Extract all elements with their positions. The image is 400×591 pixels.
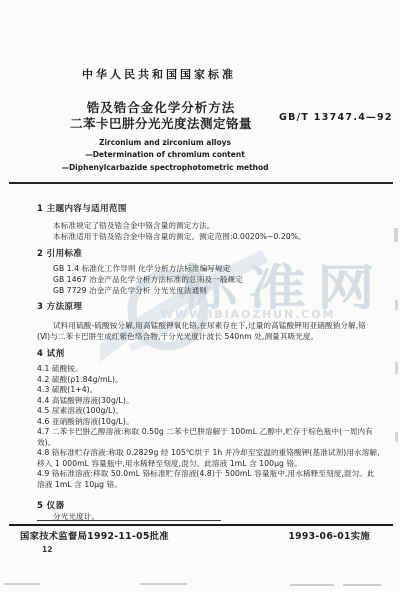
reagent-item: 4.5 尿素溶液(100g/L)。 xyxy=(37,405,123,416)
reagent-item: 4.7 二苯卡巴肼乙醇溶液:称取 0.50g 二苯卡巴肼溶解于 100mL 乙醇… xyxy=(37,426,373,437)
scan-edge-mark xyxy=(395,362,398,374)
section-1-heading: 1 主题内容与适用范围 xyxy=(37,202,127,214)
approval-date: 国家技术监督局1992-11-05批准 xyxy=(20,528,169,542)
national-standard-label: 中华人民共和国国家标准 xyxy=(0,66,318,82)
english-title: Zirconium and zirconium alloys —Determin… xyxy=(0,137,330,174)
implementation-date: 1993-06-01实施 xyxy=(288,528,370,542)
reagent-item-continuation: 溶液 1mL 含 10μg 铬。 xyxy=(37,479,122,490)
section-5-heading: 5 仪器 xyxy=(37,499,64,511)
reagent-item-continuation: 移入 1 000mL 容量瓶中,用水稀释至刻度,混匀。此溶液 1mL 含 100… xyxy=(37,458,302,469)
standard-number: GB/T 13747.4—92 xyxy=(279,112,393,123)
english-title-line1: Zirconium and zirconium alloys xyxy=(0,137,330,149)
reagent-item-continuation: 效)。 xyxy=(37,437,55,448)
reference-item: GB 7729 冶金产品化学分析 分光光度法通则 xyxy=(53,285,207,296)
reagent-item: 4.2 硫酸(ρ1.84g/mL)。 xyxy=(37,374,123,385)
scan-edge-mark xyxy=(395,432,398,442)
watermark-logo-icon xyxy=(100,238,270,368)
reagent-item: 4.1 硫酸铵。 xyxy=(37,363,83,374)
reagent-item: 4.8 铬标准贮存溶液:称取 0.2829g 经 105℃烘干 1h 并冷却至室… xyxy=(37,447,380,458)
section-3-heading: 3 方法原理 xyxy=(37,300,82,312)
page-number: 12 xyxy=(42,545,52,554)
principle-line: 试料用硫酸-硫酸铵分解,用高锰酸钾氧化铬,在尿素存在下,过量的高锰酸钾用亚硝酸钠… xyxy=(53,320,366,331)
scan-smudge xyxy=(343,584,381,586)
reagent-item: 4.4 高锰酸钾溶液(30g/L)。 xyxy=(37,395,134,406)
document-title-line2: 二苯卡巴肼分光光度法测定铬量 xyxy=(0,114,322,132)
section-4-heading: 4 试剂 xyxy=(37,347,64,359)
principle-line: (Ⅵ)与二苯卡巴肼生成红紫色络合物,于分光光度计波长 540nm 处,测量其吸光… xyxy=(37,331,318,342)
scan-edge-mark xyxy=(395,300,398,310)
footer-rule xyxy=(9,524,393,526)
scan-smudge xyxy=(4,583,40,585)
reagent-item: 4.6 亚硝酸钠溶液(10g/L)。 xyxy=(37,416,134,427)
reagent-item: 4.3 硫酸(1+4)。 xyxy=(37,384,97,395)
english-title-line2: —Determination of chromium content xyxy=(0,149,330,161)
section-2-heading: 2 引用标准 xyxy=(37,247,82,259)
apparatus-underline xyxy=(37,520,221,521)
reference-item: GB 1.4 标准化工作导则 化学分析方法标准编写规定 xyxy=(53,263,230,274)
english-title-line3: —Diphenylcarbazide spectrophotometric me… xyxy=(0,162,330,174)
scan-smudge xyxy=(290,584,334,586)
scanned-standard-page: 标准网 WWW.IBIAOZHUN.COM 中华人民共和国国家标准 锆及锆合金化… xyxy=(0,0,400,591)
reagent-item: 4.9 铬标准溶液:移取 50.0mL 铬标准贮存溶液(4.8)于 500mL … xyxy=(37,468,375,479)
scan-smudge xyxy=(140,583,187,585)
scan-edge-mark xyxy=(394,228,398,242)
header-rule xyxy=(9,182,393,184)
scope-line: 本标准规定了锆及锆合金中铬含量的测定方法。 xyxy=(53,220,215,231)
scope-line: 本标准适用于锆及锆合金中铬含量的测定。测定范围:0.0020%~0.20%。 xyxy=(53,231,306,242)
reference-item: GB 1467 冶金产品化学分析方法标准的总则及一般规定 xyxy=(53,274,243,285)
